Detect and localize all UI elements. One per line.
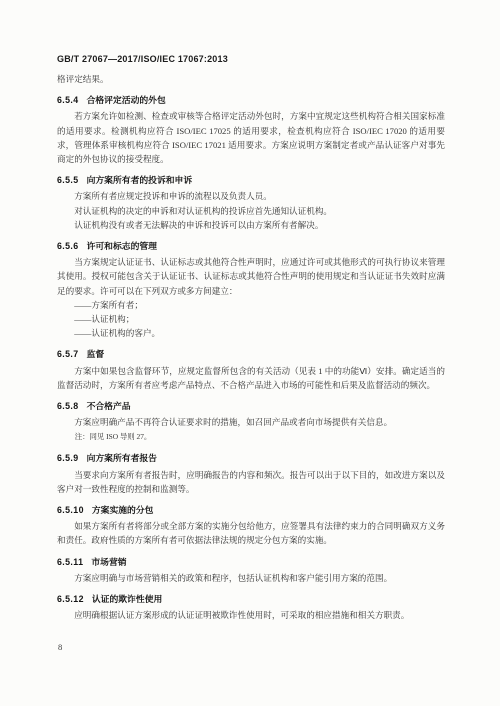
running-header-standard-number: GB/T 27067—2017/ISO/IEC 17067:2013 — [57, 53, 228, 65]
paragraph-subcontracting: 如果方案所有者将部分或全部方案的实施分包给他方，应签署具有法律约束力的合同明确双… — [57, 519, 445, 547]
clause-title: 监督 — [87, 349, 105, 359]
paragraph-outsourcing: 若方案允许如检测、检查或审核等合格评定活动外包时，方案中宜规定这些机构符合相关国… — [57, 109, 445, 166]
list-item-client: ——认证机构的客户。 — [57, 326, 445, 340]
clause-heading-6-5-11: 6.5.11市场营销 — [57, 555, 445, 569]
clause-number: 6.5.5 — [57, 175, 79, 185]
clause-heading-6-5-9: 6.5.9向方案所有者报告 — [57, 451, 445, 465]
clause-heading-6-5-5: 6.5.5向方案所有者的投诉和申诉 — [57, 173, 445, 187]
page-number: 8 — [58, 642, 62, 652]
paragraph-license-marks: 当方案规定认证证书、认证标志或其他符合性声明时，应通过许可或其他形式的可执行协议… — [57, 255, 445, 298]
page-content: 格评定结果。 6.5.4合格评定活动的外包 若方案允许如检测、检查或审核等合格评… — [57, 72, 445, 623]
clause-heading-6-5-10: 6.5.10方案实施的分包 — [57, 503, 445, 517]
paragraph-nonconforming-products: 方案应明确产品不再符合认证要求时的措施，如召回产品或者向市场提供有关信息。 — [57, 415, 445, 429]
clause-title: 市场营销 — [91, 557, 126, 567]
clause-title: 许可和标志的管理 — [87, 241, 157, 251]
continuation-line: 格评定结果。 — [57, 72, 445, 86]
clause-number: 6.5.6 — [57, 241, 79, 251]
clause-heading-6-5-6: 6.5.6许可和标志的管理 — [57, 239, 445, 253]
clause-number: 6.5.7 — [57, 349, 79, 359]
clause-heading-6-5-4: 6.5.4合格评定活动的外包 — [57, 93, 445, 107]
clause-title: 方案实施的分包 — [92, 505, 154, 515]
document-page: GB/T 27067—2017/ISO/IEC 17067:2013 格评定结果… — [0, 0, 500, 706]
clause-number: 6.5.9 — [57, 453, 79, 463]
clause-heading-6-5-8: 6.5.8不合格产品 — [57, 399, 445, 413]
paragraph-reporting: 当要求向方案所有者报告时，应明确报告的内容和频次。报告可以出于以下目的，如改进方… — [57, 468, 445, 496]
list-item-certification-body: ——认证机构； — [57, 312, 445, 326]
clause-number: 6.5.4 — [57, 95, 79, 105]
note-iso-guide-27: 注：同见 ISO 导则 27。 — [57, 430, 445, 444]
clause-title: 合格评定活动的外包 — [87, 95, 166, 105]
clause-title: 认证的欺诈性使用 — [92, 594, 162, 604]
clause-title: 向方案所有者报告 — [87, 453, 157, 463]
clause-heading-6-5-12: 6.5.12认证的欺诈性使用 — [57, 592, 445, 606]
clause-number: 6.5.11 — [57, 557, 83, 567]
paragraph-complaints-line-1: 方案所有者应规定投诉和申诉的流程以及负责人员。 — [57, 189, 445, 203]
clause-number: 6.5.12 — [57, 594, 84, 604]
clause-title: 向方案所有者的投诉和申诉 — [87, 175, 193, 185]
paragraph-complaints-line-2: 对认证机构的决定的申诉和对认证机构的投诉应首先通知认证机构。 — [57, 204, 445, 218]
paragraph-marketing: 方案应明确与市场营销相关的政策和程序，包括认证机构和客户能引用方案的范围。 — [57, 571, 445, 585]
clause-number: 6.5.8 — [57, 401, 79, 411]
paragraph-fraudulent-use: 应明确根据认证方案形成的认证证明被欺诈性使用时，可采取的相应措施和相关方职责。 — [57, 608, 445, 622]
clause-title: 不合格产品 — [87, 401, 131, 411]
paragraph-complaints-line-3: 认证机构没有或者无法解决的申诉和投诉可以由方案所有者解决。 — [57, 218, 445, 232]
clause-number: 6.5.10 — [57, 505, 84, 515]
list-item-scheme-owner: ——方案所有者； — [57, 298, 445, 312]
paragraph-surveillance: 方案中如果包含监督环节，应规定监督所包含的有关活动（见表 1 中的功能Ⅵ）安排。… — [57, 364, 445, 392]
clause-heading-6-5-7: 6.5.7监督 — [57, 347, 445, 361]
